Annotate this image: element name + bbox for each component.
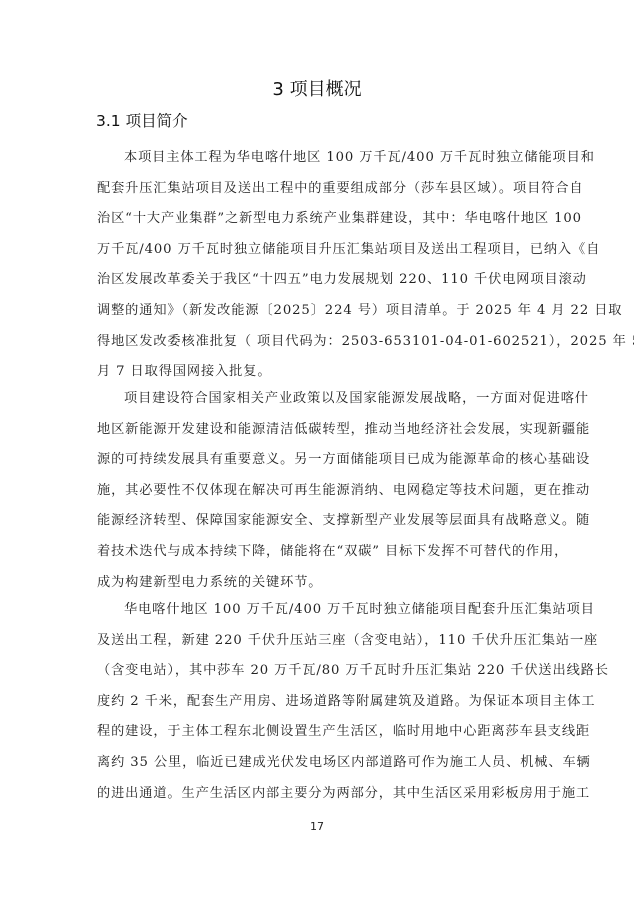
text-line: 离约 35 公里，临近已建成光伏发电场区内部道路可作为施工人员、机械、车辆 [97, 748, 543, 779]
text-line: 项目建设符合国家相关产业政策以及国家能源发展战略，一方面对促进喀什 [97, 384, 543, 415]
section-title: 3.1 项目简介 [96, 110, 188, 132]
text-line: 的进出通道。生产生活区内部主要分为两部分，其中生活区采用彩板房用于施工 [97, 779, 543, 810]
text-line: 成为构建新型电力系统的关键环节。 [97, 568, 543, 599]
text-line: 着技术迭代与成本持续下降，储能将在“双碳” 目标下发挥不可替代的作用， [97, 537, 543, 568]
text-line: （含变电站），其中莎车 20 万千瓦/80 万千瓦时升压汇集站 220 千伏送出… [97, 656, 543, 687]
paragraph-construction: 华电喀什地区 100 万千瓦/400 万千瓦时独立储能项目配套升压汇集站项目 及… [97, 595, 543, 809]
text-line: 治区发展改革委关于我区“十四五”电力发展规划 220、110 千伏电网项目滚动 [97, 265, 543, 296]
text-line: 源的可持续发展具有重要意义。另一方面储能项目已成为能源革命的核心基础设 [97, 445, 543, 476]
text-line: 得地区发改委核准批复（ 项目代码为：2503-653101-04-01-6025… [97, 327, 543, 358]
paragraph-significance: 项目建设符合国家相关产业政策以及国家能源发展战略，一方面对促进喀什 地区新能源开… [97, 384, 543, 598]
text-line: 及送出工程，新建 220 千伏升压站三座（含变电站），110 千伏升压汇集站一座 [97, 626, 543, 657]
text-line: 万千瓦/400 万千瓦时独立储能项目升压汇集站项目及送出工程项目，已纳入《自 [97, 235, 543, 266]
text-line: 配套升压汇集站项目及送出工程中的重要组成部分（莎车县区域）。项目符合自 [97, 174, 543, 205]
page-number: 17 [0, 820, 634, 833]
text-line: 本项目主体工程为华电喀什地区 100 万千瓦/400 万千瓦时独立储能项目和 [97, 143, 543, 174]
text-line: 施，其必要性不仅体现在解决可再生能源消纳、电网稳定等技术问题，更在推动 [97, 476, 543, 507]
document-page: 3 项目概况 3.1 项目简介 本项目主体工程为华电喀什地区 100 万千瓦/4… [0, 0, 634, 898]
text-line: 调整的通知》（新发改能源〔2025〕224 号）项目清单。于 2025 年 4 … [97, 296, 543, 327]
text-line: 能源经济转型、保障国家能源安全、支撑新型产业发展等层面具有战略意义。随 [97, 506, 543, 537]
paragraph-project-intro: 本项目主体工程为华电喀什地区 100 万千瓦/400 万千瓦时独立储能项目和 配… [97, 143, 543, 388]
text-line: 华电喀什地区 100 万千瓦/400 万千瓦时独立储能项目配套升压汇集站项目 [97, 595, 543, 626]
text-line: 治区“十大产业集群”之新型电力系统产业集群建设，其中：华电喀什地区 100 [97, 204, 543, 235]
text-line: 程的建设，于主体工程东北侧设置生产生活区，临时用地中心距离莎车县支线距 [97, 717, 543, 748]
text-line: 度约 2 千米，配套生产用房、进场道路等附属建筑及道路。为保证本项目主体工 [97, 687, 543, 718]
text-line: 地区新能源开发建设和能源清洁低碳转型，推动当地经济社会发展，实现新疆能 [97, 415, 543, 446]
chapter-title: 3 项目概况 [0, 78, 634, 102]
